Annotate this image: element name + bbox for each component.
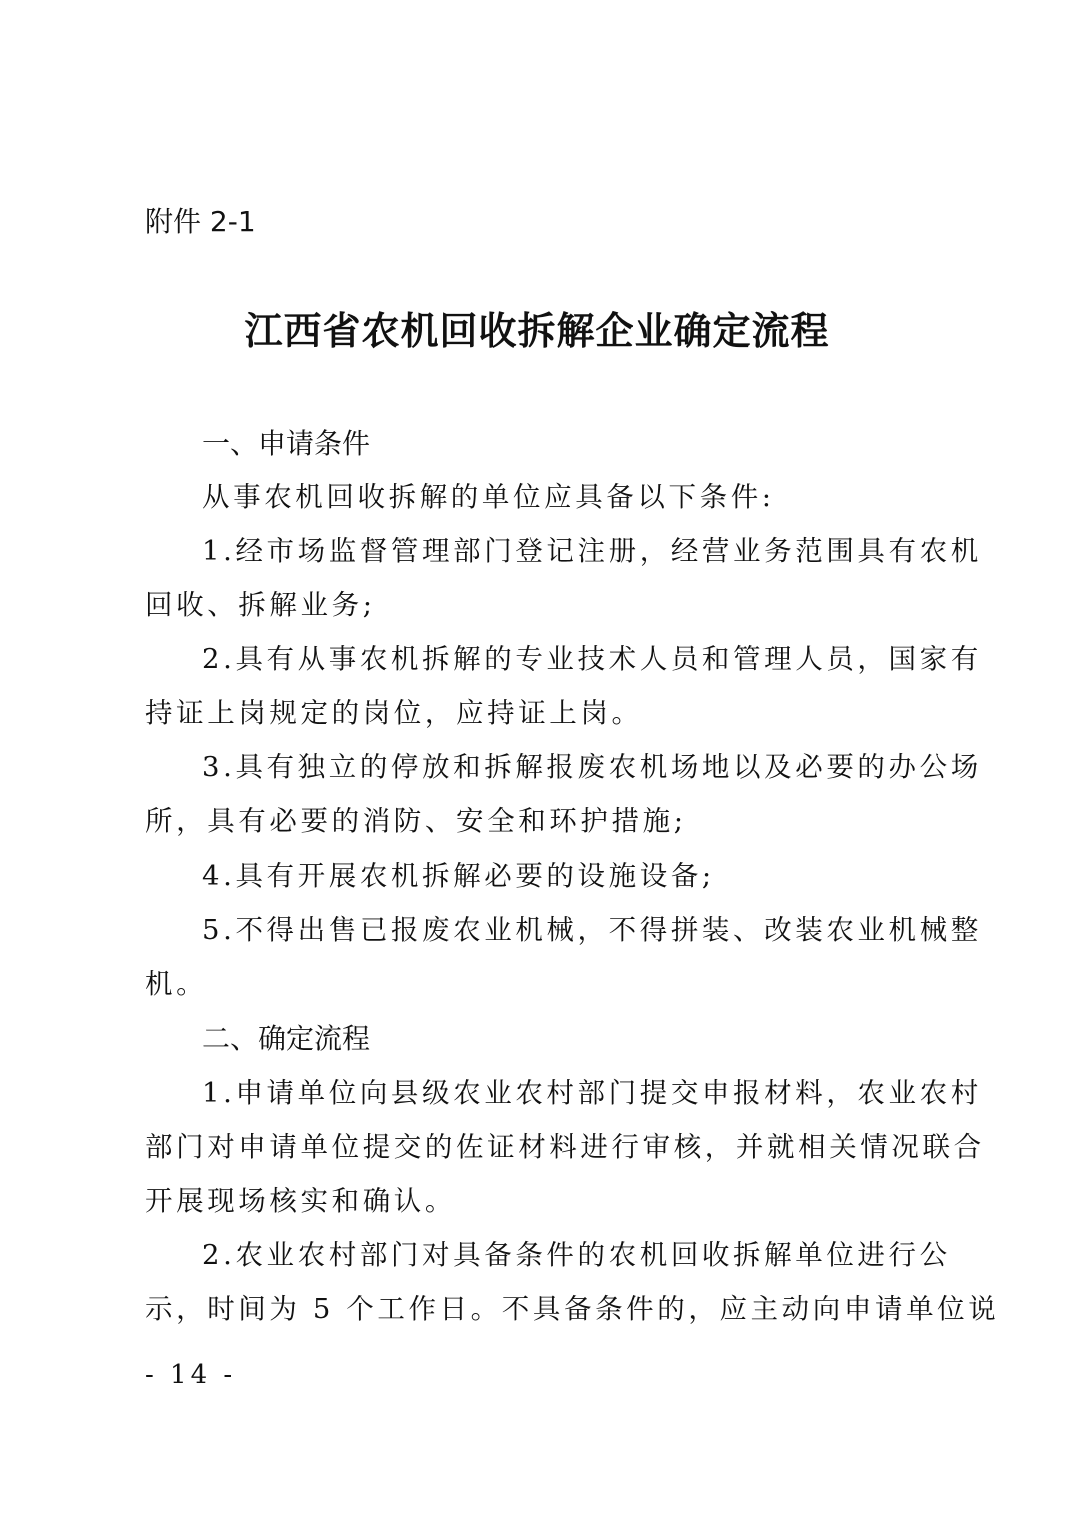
document-title: 江西省农机回收拆解企业确定流程 [0, 312, 1074, 350]
paragraph-line: 部门对申请单位提交的佐证材料进行审核，并就相关情况联合 [145, 1134, 985, 1162]
paragraph-line: 从事农机回收拆解的单位应具备以下条件: [202, 484, 775, 512]
page-number: - 14 - [145, 1362, 236, 1388]
paragraph-line: 回收、拆解业务; [145, 592, 376, 620]
paragraph-line: 4.具有开展农机拆解必要的设施设备; [202, 863, 715, 891]
paragraph-line: 3.具有独立的停放和拆解报废农机场地以及必要的办公场 [202, 754, 982, 782]
paragraph-line: 示，时间为 5 个工作日。不具备条件的，应主动向申请单位说 [145, 1296, 999, 1324]
paragraph-line: 所，具有必要的消防、安全和环护措施; [145, 808, 687, 836]
paragraph-line: 机。 [145, 971, 207, 999]
section-heading-2: 二、确定流程 [202, 1025, 370, 1053]
paragraph-line: 5.不得出售已报废农业机械，不得拼装、改装农业机械整 [202, 917, 982, 945]
paragraph-line: 2.农业农村部门对具备条件的农机回收拆解单位进行公 [202, 1242, 951, 1270]
paragraph-line: 2.具有从事农机拆解的专业技术人员和管理人员，国家有 [202, 646, 982, 674]
paragraph-line: 1.申请单位向县级农业农村部门提交申报材料，农业农村 [202, 1080, 982, 1108]
paragraph-line: 1.经市场监督管理部门登记注册，经营业务范围具有农机 [202, 538, 982, 566]
paragraph-line: 持证上岗规定的岗位，应持证上岗。 [145, 700, 643, 728]
section-heading-1: 一、申请条件 [202, 430, 370, 458]
attachment-label: 附件 2-1 [145, 208, 256, 236]
paragraph-line: 开展现场核实和确认。 [145, 1188, 456, 1216]
